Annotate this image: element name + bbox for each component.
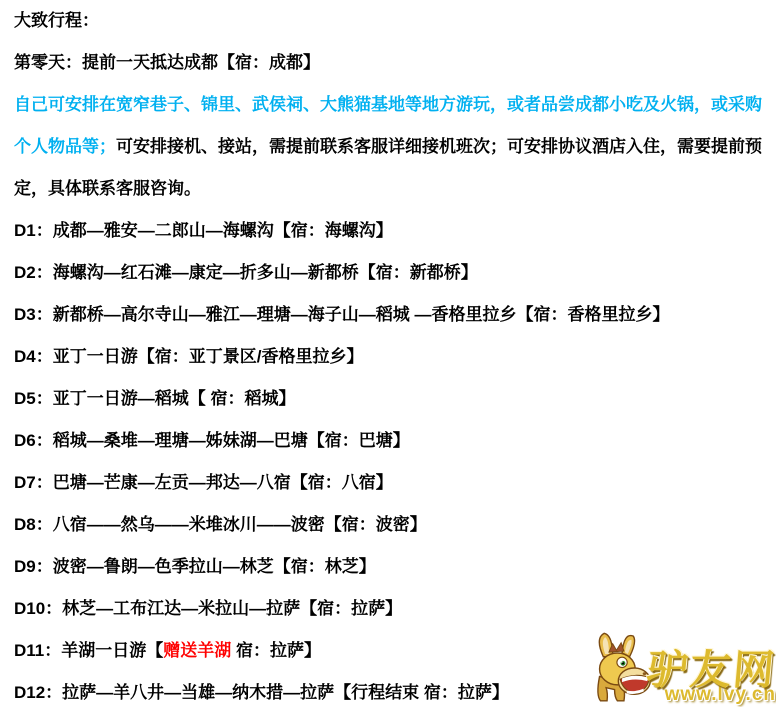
intro-paragraph: 自己可安排在宽窄巷子、锦里、武侯祠、大熊猫基地等地方游玩，或者品尝成都小吃及火锅… — [14, 84, 768, 210]
intro-black-text: 可安排接机、接站，需提前联系客服详细接机班次；可安排协议酒店入住，需要提前预定，… — [14, 137, 762, 198]
site-name: 驴友网 — [645, 647, 776, 693]
itinerary-day-d5: D5：亚丁一日游—稻城【 宿：稻城】 — [14, 378, 768, 420]
itinerary-day-d6: D6：稻城—桑堆—理塘—姊妹湖—巴塘【宿：巴塘】 — [14, 420, 768, 462]
day-d11-suffix: 宿：拉萨】 — [231, 641, 321, 660]
day-d11-prefix: D11：羊湖一日游【 — [14, 641, 163, 660]
itinerary-day-d7: D7：巴塘—芒康—左贡—邦达—八宿【宿：八宿】 — [14, 462, 768, 504]
itinerary-document: 大致行程： 第零天：提前一天抵达成都【宿：成都】 自己可安排在宽窄巷子、锦里、武… — [0, 0, 776, 707]
day-zero-line: 第零天：提前一天抵达成都【宿：成都】 — [14, 42, 768, 84]
itinerary-day-d3: D3：新都桥—高尔寺山—雅江—理塘—海子山—稻城 —香格里拉乡【宿：香格里拉乡】 — [14, 294, 768, 336]
lvy-watermark-logo: 驴友网 www.lvy.cn — [593, 631, 776, 705]
itinerary-day-d4: D4：亚丁一日游【宿：亚丁景区/香格里拉乡】 — [14, 336, 768, 378]
itinerary-day-d2: D2：海螺沟—红石滩—康定—折多山—新都桥【宿：新都桥】 — [14, 252, 768, 294]
free-gift-highlight: 赠送羊湖 — [163, 641, 231, 660]
donkey-mascot-icon — [593, 631, 653, 705]
logo-text-block: 驴友网 www.lvy.cn — [647, 647, 776, 705]
itinerary-day-d1: D1：成都—雅安—二郎山—海螺沟【宿：海螺沟】 — [14, 210, 768, 252]
itinerary-day-d8: D8：八宿——然乌——米堆冰川——波密【宿：波密】 — [14, 504, 768, 546]
itinerary-day-d9: D9：波密—鲁朗—色季拉山—林芝【宿：林芝】 — [14, 546, 768, 588]
itinerary-day-d10: D10：林芝—工布江达—米拉山—拉萨【宿：拉萨】 — [14, 588, 768, 630]
page-title: 大致行程： — [14, 0, 768, 42]
